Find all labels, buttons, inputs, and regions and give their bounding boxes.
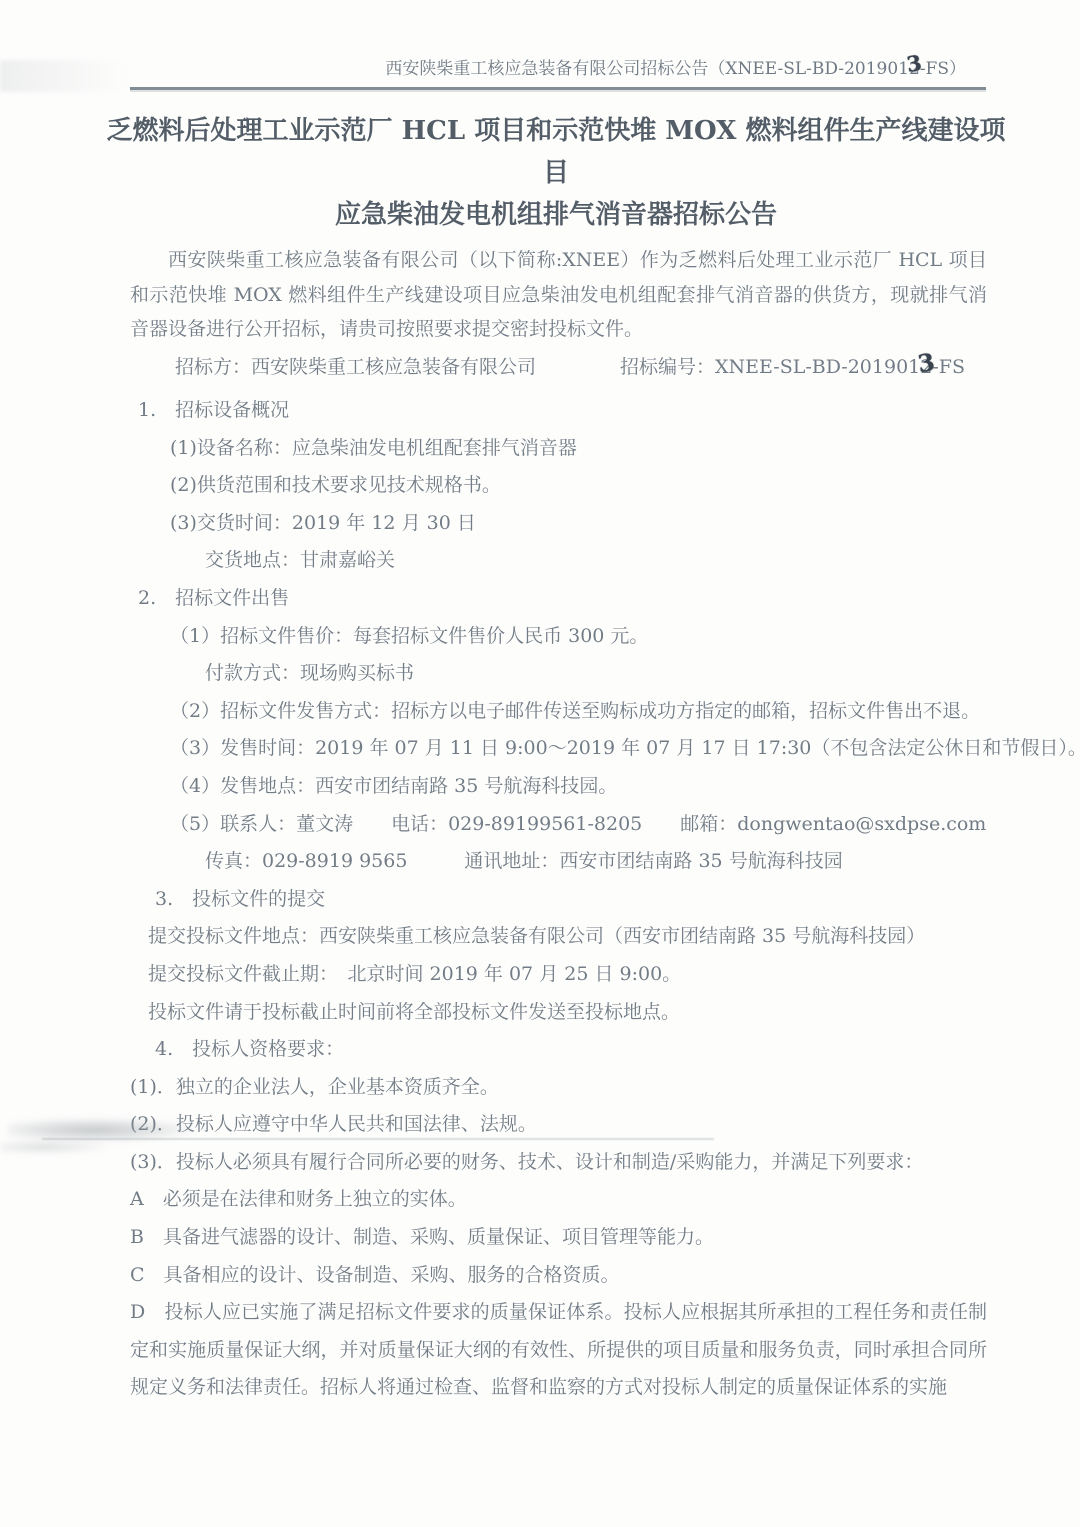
- header-printed-digit: 2: [909, 59, 920, 79]
- doc-line-text: 2. 招标文件出售: [138, 587, 289, 609]
- doc-line: （1）招标文件售价：每套招标文件售价人民币 300 元。: [170, 618, 987, 656]
- doc-line-text: 4. 投标人资格要求：: [155, 1038, 344, 1060]
- doc-line: 投标文件请于投标截止时间前将全部投标文件发送至投标地点。: [148, 994, 987, 1032]
- doc-line: 4. 投标人资格要求：: [155, 1031, 987, 1069]
- header-divider-rule: [130, 87, 986, 90]
- doc-line-text: 提交投标文件截止期： 北京时间 2019 年 07 月 25 日 9:00。: [148, 963, 681, 985]
- doc-line: （5）联系人：董文涛 电话：029-89199561-8205 邮箱：dongw…: [170, 806, 987, 844]
- bidder-name: 招标方：西安陕柴重工核应急装备有限公司: [175, 356, 536, 378]
- doc-line: B 具备进气滤器的设计、制造、采购、质量保证、项目管理等能力。: [130, 1219, 987, 1257]
- header-text-suffix: -FS）: [920, 59, 966, 79]
- document-title-line1: 乏燃料后处理工业示范厂 HCL 项目和示范快堆 MOX 燃料组件生产线建设项目: [96, 110, 1016, 194]
- intro-paragraph: 西安陕柴重工核应急装备有限公司（以下简称:XNEE）作为乏燃料后处理工业示范厂 …: [130, 243, 987, 347]
- bid-meta-line: 招标方：西安陕柴重工核应急装备有限公司招标编号：XNEE-SL-BD-20190…: [130, 352, 1030, 382]
- doc-line: （3）发售时间：2019 年 07 月 11 日 9:00～2019 年 07 …: [170, 730, 987, 768]
- document-title: 乏燃料后处理工业示范厂 HCL 项目和示范快堆 MOX 燃料组件生产线建设项目 …: [96, 110, 1016, 236]
- doc-line: 付款方式：现场购买标书: [205, 655, 987, 693]
- doc-line: (2)供货范围和技术要求见技术规格书。: [170, 467, 987, 505]
- scanned-document-page: 西安陕柴重工核应急装备有限公司招标公告（XNEE-SL-BD-20190123-…: [0, 0, 1080, 1527]
- page-header: 西安陕柴重工核应急装备有限公司招标公告（XNEE-SL-BD-20190123-…: [130, 56, 984, 82]
- bid-number-printed-digit: 2: [920, 356, 932, 378]
- doc-line: （2）招标文件发售方式：招标方以电子邮件传送至购标成功方指定的邮箱，招标文件售出…: [170, 693, 987, 731]
- doc-line: D 投标人应已实施了满足招标文件要求的质量保证体系。投标人应根据其所承担的工程任…: [130, 1294, 987, 1407]
- doc-line-text: (3)．投标人必须具有履行合同所必要的财务、技术、设计和制造/采购能力，并满足下…: [130, 1151, 923, 1173]
- doc-line-text: B 具备进气滤器的设计、制造、采购、质量保证、项目管理等能力。: [130, 1226, 714, 1248]
- doc-line-text: （4）发售地点：西安市团结南路 35 号航海科技园。: [170, 775, 617, 797]
- doc-line: 1. 招标设备概况: [138, 392, 987, 430]
- doc-line-text: (1)设备名称：应急柴油发电机组配套排气消音器: [170, 437, 577, 459]
- doc-line: （4）发售地点：西安市团结南路 35 号航海科技园。: [170, 768, 987, 806]
- doc-line-text: C 具备相应的设计、设备制造、采购、服务的合格资质。: [130, 1264, 620, 1286]
- doc-line: 传真：029-8919 9565 通讯地址：西安市团结南路 35 号航海科技园: [205, 843, 987, 881]
- doc-line: 3. 投标文件的提交: [155, 881, 987, 919]
- doc-line-text: （2）招标文件发售方式：招标方以电子邮件传送至购标成功方指定的邮箱，招标文件售出…: [170, 700, 980, 722]
- doc-line-text: (2)供货范围和技术要求见技术规格书。: [170, 474, 501, 496]
- doc-line: 交货地点：甘肃嘉峪关: [205, 542, 987, 580]
- doc-line-text: 3. 投标文件的提交: [155, 888, 325, 910]
- doc-line-text: (3)交货时间：2019 年 12 月 30 日: [170, 512, 476, 534]
- doc-line-text: A 必须是在法律和财务上独立的实体。: [130, 1188, 467, 1210]
- doc-line: (3)．投标人必须具有履行合同所必要的财务、技术、设计和制造/采购能力，并满足下…: [130, 1144, 987, 1182]
- header-text-prefix: 西安陕柴重工核应急装备有限公司招标公告（XNEE-SL-BD-201901: [385, 59, 909, 79]
- doc-line-text: D 投标人应已实施了满足招标文件要求的质量保证体系。投标人应根据其所承担的工程任…: [130, 1301, 987, 1398]
- doc-line: C 具备相应的设计、设备制造、采购、服务的合格资质。: [130, 1257, 987, 1295]
- document-title-line2: 应急柴油发电机组排气消音器招标公告: [96, 194, 1016, 236]
- doc-line-text: 投标文件请于投标截止时间前将全部投标文件发送至投标地点。: [148, 1001, 680, 1023]
- doc-line-text: （5）联系人：董文涛 电话：029-89199561-8205 邮箱：dongw…: [170, 813, 986, 835]
- doc-line-text: 提交投标文件地点：西安陕柴重工核应急装备有限公司（西安市团结南路 35 号航海科…: [148, 925, 925, 947]
- doc-line: (3)交货时间：2019 年 12 月 30 日: [170, 505, 987, 543]
- doc-line: (1)设备名称：应急柴油发电机组配套排气消音器: [170, 430, 987, 468]
- doc-line: 提交投标文件截止期： 北京时间 2019 年 07 月 25 日 9:00。: [148, 956, 987, 994]
- document-body-lines: 1. 招标设备概况(1)设备名称：应急柴油发电机组配套排气消音器(2)供货范围和…: [130, 392, 987, 1407]
- scan-smudge-artifact-secondary: [0, 1140, 110, 1154]
- doc-line-text: （1）招标文件售价：每套招标文件售价人民币 300 元。: [170, 625, 648, 647]
- bid-number-digit: 23: [920, 352, 932, 382]
- doc-line-text: 付款方式：现场购买标书: [205, 662, 414, 684]
- doc-line: A 必须是在法律和财务上独立的实体。: [130, 1181, 987, 1219]
- bid-number-label: 招标编号：: [620, 356, 715, 378]
- scan-haze-artifact: [0, 60, 126, 92]
- doc-line-text: 交货地点：甘肃嘉峪关: [205, 549, 395, 571]
- doc-line: (1)．独立的企业法人，企业基本资质齐全。: [130, 1069, 987, 1107]
- doc-line: 2. 招标文件出售: [138, 580, 987, 618]
- header-digit: 23: [909, 56, 920, 82]
- doc-line-text: （3）发售时间：2019 年 07 月 11 日 9:00～2019 年 07 …: [170, 737, 1080, 759]
- scan-smudge-artifact: [8, 1118, 198, 1142]
- doc-line: 提交投标文件地点：西安陕柴重工核应急装备有限公司（西安市团结南路 35 号航海科…: [148, 918, 987, 956]
- doc-line-text: (1)．独立的企业法人，企业基本资质齐全。: [130, 1076, 499, 1098]
- bid-number-prefix: XNEE-SL-BD-201901: [715, 356, 920, 378]
- doc-line-text: 传真：029-8919 9565 通讯地址：西安市团结南路 35 号航海科技园: [205, 850, 843, 872]
- doc-line-text: 1. 招标设备概况: [138, 399, 289, 421]
- bid-number: 招标编号：XNEE-SL-BD-20190123-FS: [620, 356, 965, 378]
- bid-number-suffix: -FS: [932, 356, 965, 378]
